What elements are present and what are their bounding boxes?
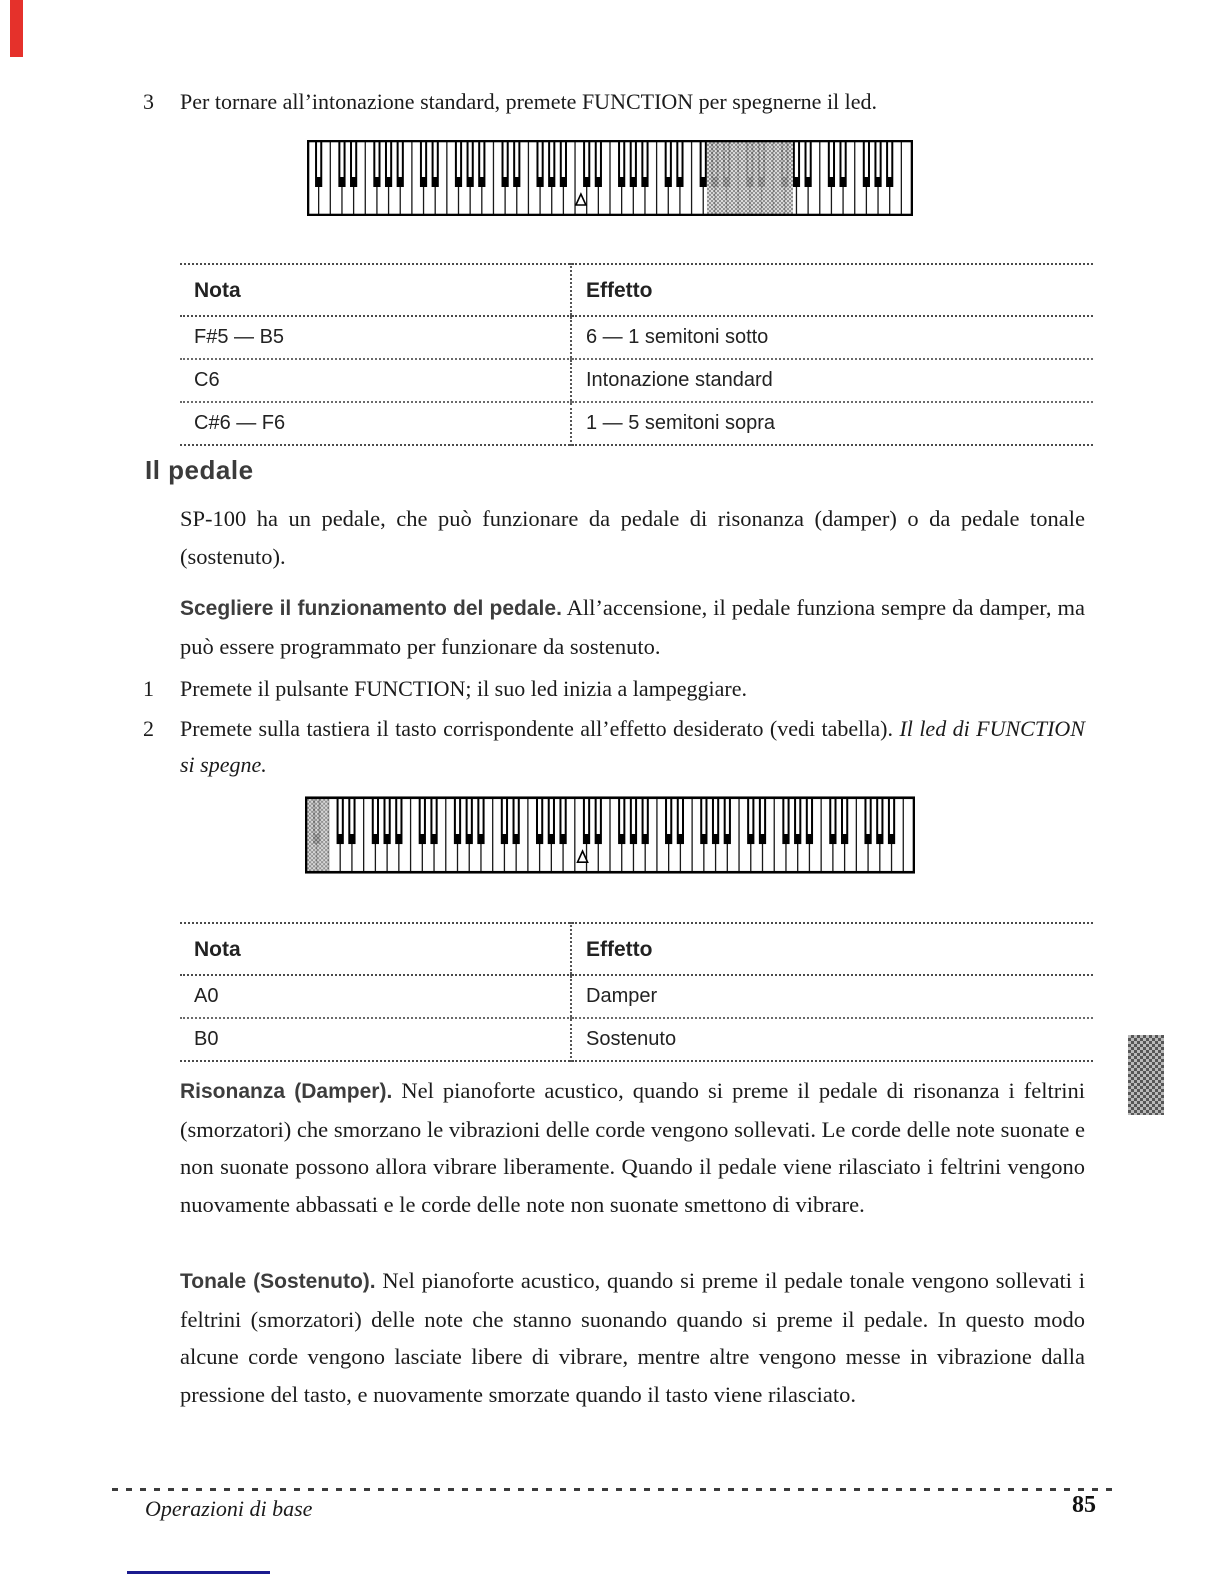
table-row: F#5 — B56 — 1 semitoni sotto [180, 316, 1093, 359]
paragraph-lead: Scegliere il funzionamento del pedale. [180, 597, 562, 620]
step-1: 1Premete il pulsante FUNCTION; il suo le… [143, 671, 1093, 707]
paragraph-lead: Risonanza (Damper). [180, 1080, 392, 1103]
table-cell: C6 [180, 359, 571, 402]
table-cell: A0 [180, 975, 571, 1018]
paragraph-scegliere: Scegliere il funzionamento del pedale. A… [180, 589, 1085, 665]
table-cell: C#6 — F6 [180, 402, 571, 445]
paragraph-intro: SP-100 ha un pedale, che può funzionare … [180, 500, 1085, 575]
table-cell: Intonazione standard [571, 359, 1093, 402]
table-cell: F#5 — B5 [180, 316, 571, 359]
paragraph-lead: Tonale (Sostenuto). [180, 1270, 376, 1293]
page-edge-tab [1128, 1035, 1164, 1115]
table-header-cell: Effetto [571, 923, 1093, 975]
table-header-cell: Nota [180, 923, 571, 975]
step-2: 2Premete sulla tastiera il tasto corrisp… [143, 711, 1093, 783]
table-header-row: NotaEffetto [180, 264, 1093, 316]
step-text-regular: Premete sulla tastiera il tasto corrispo… [180, 716, 899, 741]
table-row: C6Intonazione standard [180, 359, 1093, 402]
step-number: 2 [143, 711, 180, 747]
keyboard-diagram-pedale [305, 795, 915, 875]
paragraph-text: SP-100 ha un pedale, che può funzionare … [180, 506, 1085, 569]
manual-page: 3Per tornare all’intonazione standard, p… [0, 0, 1224, 1584]
keyboard-diagram-intonazione [307, 140, 913, 216]
table-intonazione: NotaEffettoF#5 — B56 — 1 semitoni sottoC… [180, 263, 1093, 446]
table-row: C#6 — F61 — 5 semitoni sopra [180, 402, 1093, 445]
table-header-row: NotaEffetto [180, 923, 1093, 975]
footer-section-label: Operazioni di base [145, 1496, 312, 1522]
step-number: 3 [143, 84, 180, 120]
step-number: 1 [143, 671, 180, 707]
table-row: A0Damper [180, 975, 1093, 1018]
print-registration-mark [10, 0, 23, 57]
table-header-cell: Nota [180, 264, 571, 316]
table-cell: Damper [571, 975, 1093, 1018]
table-row: B0Sostenuto [180, 1018, 1093, 1061]
step-text: Premete sulla tastiera il tasto corrispo… [180, 711, 1085, 783]
table-cell: B0 [180, 1018, 571, 1061]
table-cell: Sostenuto [571, 1018, 1093, 1061]
print-color-mark [127, 1571, 270, 1574]
step-text: Premete il pulsante FUNCTION; il suo led… [180, 671, 1085, 707]
step-3: 3Per tornare all’intonazione standard, p… [143, 84, 1093, 120]
table-pedale: NotaEffettoA0DamperB0Sostenuto [180, 922, 1093, 1062]
table-cell: 1 — 5 semitoni sopra [571, 402, 1093, 445]
page-number: 85 [1056, 1492, 1096, 1519]
section-title: Il pedale [145, 455, 254, 486]
table-cell: 6 — 1 semitoni sotto [571, 316, 1093, 359]
paragraph-tonale: Tonale (Sostenuto). Nel pianoforte acust… [180, 1262, 1085, 1413]
table-header-cell: Effetto [571, 264, 1093, 316]
step-text: Per tornare all’intonazione standard, pr… [180, 84, 1085, 120]
footer-dashed-rule [112, 1487, 1112, 1492]
paragraph-risonanza: Risonanza (Damper). Nel pianoforte acust… [180, 1072, 1085, 1223]
